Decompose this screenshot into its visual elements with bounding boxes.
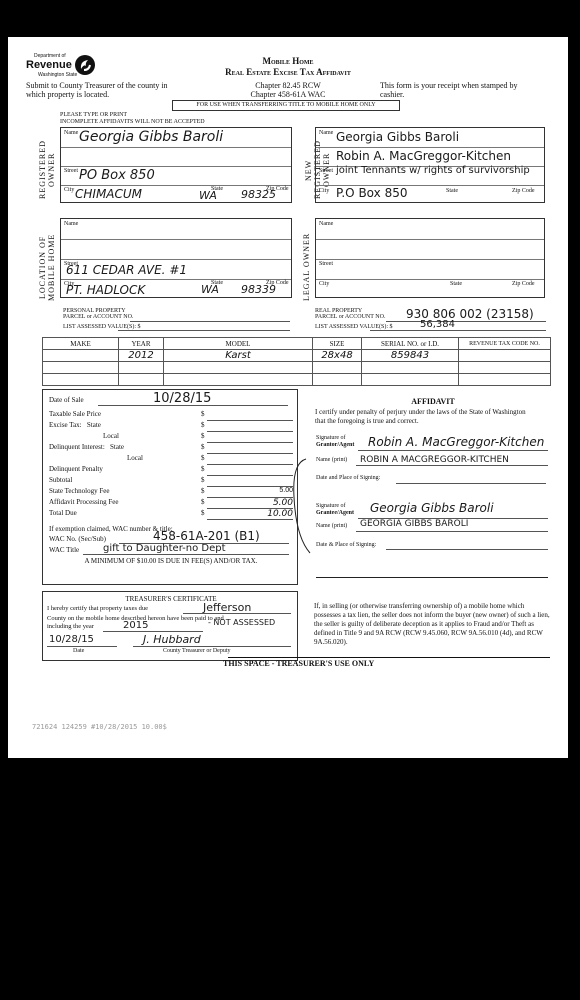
affidavit-statement: I certify under penalty of perjury under… (315, 408, 535, 426)
new-owner-street[interactable]: joint Tennants w/ rights of survivorship (336, 166, 536, 175)
handwritten-bracket (284, 457, 314, 557)
location-city[interactable]: PT. HADLOCK (66, 283, 145, 297)
fee-row-excise-state: Excise Tax: State$ (49, 421, 294, 432)
treasurer-use-only: THIS SPACE - TREASURER'S USE ONLY (223, 659, 374, 668)
wac-number[interactable]: 458-61A-201 (B1) (153, 529, 260, 543)
treasurer-date[interactable]: 10/28/15 (49, 634, 94, 645)
grantor-printed-name[interactable]: ROBIN A MACGREGGOR-KITCHEN (360, 455, 509, 465)
serial-cell[interactable]: 859843 (362, 350, 459, 362)
lien-notice: If, in selling (or otherwise transferrin… (314, 602, 550, 647)
registered-owner-state[interactable]: WA (199, 189, 217, 202)
table-row (43, 362, 551, 374)
treasurer-signature[interactable]: J. Hubbard (143, 633, 201, 646)
fee-row-state-technology-fee: State Technology Fee$5.00 (49, 487, 294, 498)
location-label: LOCATION OF MOBILE HOME (38, 227, 56, 307)
treasurer-certificate: TREASURER'S CERTIFICATE I hereby certify… (42, 591, 298, 661)
table-row (43, 374, 551, 386)
table-row: 2012 Karst 28x48 859843 (43, 350, 551, 362)
registered-owner-label: REGISTERED OWNER (38, 135, 56, 205)
use-banner: FOR USE WHEN TRANSFERRING TITLE TO MOBIL… (172, 100, 400, 111)
registered-owner-name[interactable]: Georgia Gibbs Baroli (79, 129, 223, 145)
location-zip[interactable]: 98339 (241, 283, 276, 296)
treasurer-county[interactable]: Jefferson (203, 601, 251, 614)
form-title: Mobile Home (8, 56, 568, 66)
fee-row-delinquent-interest-local: Local$ (49, 454, 294, 465)
treasurer-year[interactable]: 2015 (123, 620, 148, 631)
fee-row-taxable-sale-price: Taxable Sale Price$ (49, 410, 294, 421)
grantee-printed-name[interactable]: GEORGIA GIBBS BAROLI (360, 519, 468, 529)
location-street[interactable]: 611 CEDAR AVE. #1 (66, 263, 187, 277)
fee-row-subtotal: Subtotal$ (49, 476, 294, 487)
year-cell[interactable]: 2012 (119, 350, 164, 362)
legal-owner-box: Name Street City State Zip Code (315, 218, 545, 298)
wac-title[interactable]: gift to Daughter-no Dept (103, 543, 226, 554)
fee-row-delinquent-interest-state: Delinquent Interest: State$ (49, 443, 294, 454)
fees-box: Date of Sale 10/28/15 Taxable Sale Price… (42, 389, 298, 585)
model-cell[interactable]: Karst (164, 350, 313, 362)
fee-row-excise-local: Local$ (49, 432, 294, 443)
form-subtitle: Real Estate Excise Tax Affidavit (8, 67, 568, 77)
minimum-note: A MINIMUM OF $10.00 IS DUE IN FEE(S) AND… (43, 557, 299, 565)
new-owner-name-2[interactable]: Robin A. MacGreggor-Kitchen (336, 149, 511, 163)
fee-row-affidavit-processing-fee: Affidavit Processing Fee$5.00 (49, 498, 294, 509)
treasurer-note[interactable]: - NOT ASSESSED (208, 618, 275, 627)
size-cell[interactable]: 28x48 (313, 350, 362, 362)
submit-note: Submit to County Treasurer of the county… (26, 81, 186, 99)
fee-row-delinquent-penalty: Delinquent Penalty$ (49, 465, 294, 476)
legal-owner-label: LEGAL OWNER (302, 232, 311, 302)
grantee-signature[interactable]: Georgia Gibbs Baroli (370, 501, 494, 515)
new-registered-owner-box: Name Georgia Gibbs Baroli Robin A. MacGr… (315, 127, 545, 203)
affidavit-page: Department of Revenue Washington State M… (8, 37, 568, 758)
receipt-note: This form is your receipt when stamped b… (380, 81, 540, 99)
registered-owner-city[interactable]: CHIMACUM (75, 187, 142, 201)
real-property-assessed-value[interactable]: 56,384 (420, 319, 455, 330)
mobile-home-table: MAKE YEAR MODEL SIZE SERIAL NO. or I.D. … (42, 337, 551, 386)
grantor-signature[interactable]: Robin A. MacGreggor-Kitchen (368, 435, 544, 449)
cashier-stamp: 721624 124259 #10/28/2015 10.00$ (32, 723, 167, 731)
affidavit-title: AFFIDAVIT (308, 397, 558, 406)
location-state[interactable]: WA (201, 283, 219, 296)
fee-row-total-due: Total Due$10.00 (49, 509, 294, 520)
registered-owner-street[interactable]: PO Box 850 (79, 168, 155, 183)
registered-owner-zip[interactable]: 98325 (241, 188, 276, 201)
date-of-sale[interactable]: 10/28/15 (153, 391, 211, 406)
registered-owner-box: Name Georgia Gibbs Baroli Street PO Box … (60, 127, 292, 203)
location-box: Name Street 611 CEDAR AVE. #1 City PT. H… (60, 218, 292, 298)
new-owner-city[interactable]: P.O Box 850 (336, 186, 407, 200)
new-owner-name[interactable]: Georgia Gibbs Baroli (336, 130, 459, 144)
